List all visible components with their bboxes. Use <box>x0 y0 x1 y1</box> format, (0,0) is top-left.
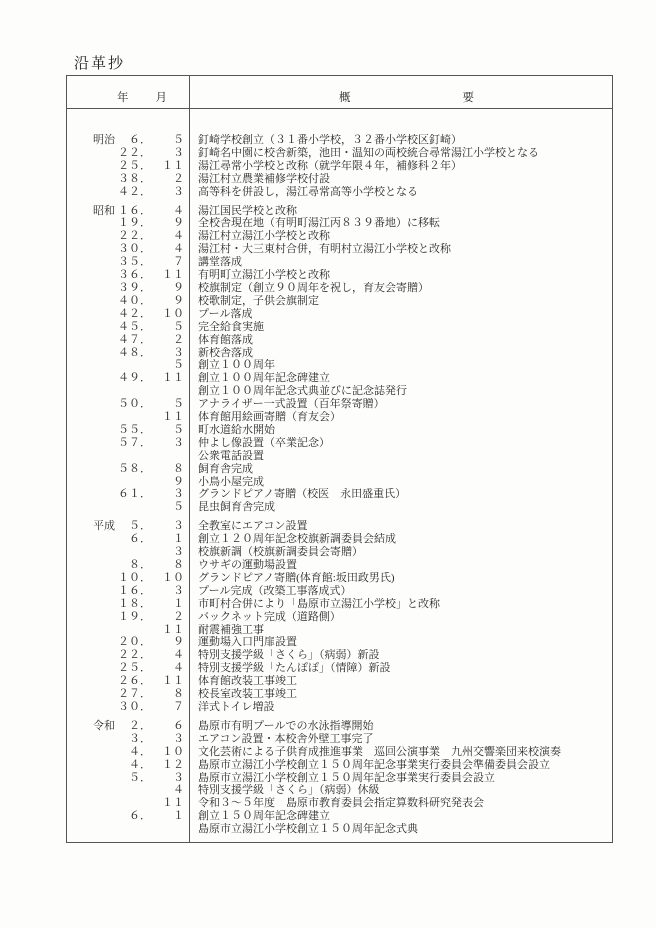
date-cell: 令和 ２ ６ <box>67 720 189 733</box>
page-title: 沿革抄 <box>74 52 125 73</box>
date-cell: ２６ １１ <box>67 675 189 688</box>
event-text: 新校舎落成 <box>189 347 612 360</box>
event-text: 湯江国民学校と改称 <box>189 205 612 218</box>
table-row: ５０ ５ アナライザー一式設置（百年祭寄贈） <box>67 398 612 411</box>
month-value: ５ <box>67 424 184 437</box>
month-value: ３ <box>67 488 184 501</box>
event-text: 体育館用絵画寄贈（育友会） <box>189 411 612 424</box>
date-cell: ３５ ７ <box>67 256 189 269</box>
table-row: ４２ ３ 高等科を併設し，湯江尋常高等小学校となる <box>67 186 612 199</box>
event-text: 全校舎現在地（有明町湯江丙８３９番地）に移転 <box>189 217 612 230</box>
date-cell <box>67 450 189 463</box>
month-value: ９ <box>67 282 184 295</box>
event-text: 高等科を併設し，湯江尋常高等小学校となる <box>189 186 612 199</box>
table-row: ４０ ９ 校歌制定，子供会旗制定 <box>67 295 612 308</box>
month-value: ８ <box>67 463 184 476</box>
event-text: 創立１００周年 <box>189 359 612 372</box>
date-cell: ６１ ３ <box>67 488 189 501</box>
table-row: ４ １０ 文化芸術による子供育成推進事業 巡回公演事業 九州交響楽団来校演奏 <box>67 746 612 759</box>
month-value: １ <box>67 810 184 823</box>
event-text: 町水道給水開始 <box>189 424 612 437</box>
date-cell: ２７ ８ <box>67 688 189 701</box>
event-text: ウサギの運動場設置 <box>189 559 612 572</box>
month-value: ５ <box>67 134 184 147</box>
date-cell: ３０ ４ <box>67 243 189 256</box>
month-value: ３ <box>67 347 184 360</box>
date-cell: ５ ３ <box>67 772 189 785</box>
month-value: ９ <box>67 636 184 649</box>
table-row: １１ 令和３～５年度 島原市教育委員会指定算数科研究発表会 <box>67 797 612 810</box>
table-row: 島原市立湯江小学校創立１５０周年記念式典 <box>67 823 612 836</box>
month-value: ２ <box>67 334 184 347</box>
date-cell: １１ <box>67 624 189 637</box>
month-value: ５ <box>67 359 184 372</box>
table-row: ３８ ２ 湯江村立農業補修学校付設 <box>67 173 612 186</box>
month-value: ７ <box>67 256 184 269</box>
date-cell: ２５ ４ <box>67 662 189 675</box>
table-row: 令和 ２ ６ 島原市有明プールでの水泳指導開始 <box>67 720 612 733</box>
date-cell: ９ <box>67 476 189 489</box>
date-cell: ４２ １０ <box>67 308 189 321</box>
date-cell: ５５ ５ <box>67 424 189 437</box>
date-cell: ５７ ３ <box>67 437 189 450</box>
event-text: 創立１２０周年記念校旗新調委員会結成 <box>189 533 612 546</box>
table-row: ４ 特別支援学級「さくら」（病弱）休級 <box>67 784 612 797</box>
event-text: グランドピアノ寄贈（校医 永田盛重氏） <box>189 488 612 501</box>
table-row: ８ ８ ウサギの運動場設置 <box>67 559 612 572</box>
table-row: １１ 耐震補強工事 <box>67 624 612 637</box>
event-text: 校旗新調（校旗新調委員会寄贈） <box>189 546 612 559</box>
table-row: １１ 体育館用絵画寄贈（育友会） <box>67 411 612 424</box>
table-row: ９ 小鳥小屋完成 <box>67 476 612 489</box>
date-cell: ６ １ <box>67 533 189 546</box>
table-row: ３０ ７ 洋式トイレ増設 <box>67 701 612 714</box>
month-value: １１ <box>67 372 184 385</box>
event-text: 小鳥小屋完成 <box>189 476 612 489</box>
event-text: 創立１００周年記念碑建立 <box>189 372 612 385</box>
event-text: 島原市立湯江小学校創立１５０周年記念事業実行委員会設立 <box>189 772 612 785</box>
table-row: ４ １２ 島原市立湯江小学校創立１５０周年記念事業実行委員会準備委員会設立 <box>67 759 612 772</box>
date-cell: ２２ ４ <box>67 230 189 243</box>
date-cell: ３８ ２ <box>67 173 189 186</box>
event-text: 文化芸術による子供育成推進事業 巡回公演事業 九州交響楽団来校演奏 <box>189 746 612 759</box>
event-text: 体育館改装工事竣工 <box>189 675 612 688</box>
event-text: 耐震補強工事 <box>189 624 612 637</box>
event-text: 特別支援学級「たんぽぽ」（情障）新設 <box>189 662 612 675</box>
date-cell: ３９ ９ <box>67 282 189 295</box>
date-cell: ４ １０ <box>67 746 189 759</box>
date-cell: ８ ８ <box>67 559 189 572</box>
event-text: 飼育舎完成 <box>189 463 612 476</box>
date-cell: ２２ ４ <box>67 649 189 662</box>
date-cell: ２２ ３ <box>67 147 189 160</box>
month-value: １１ <box>67 411 184 424</box>
table-row: ４５ ５ 完全給食実施 <box>67 321 612 334</box>
table-header-row: 年 月 概 要 <box>67 76 612 109</box>
event-text: 令和３～５年度 島原市教育委員会指定算数科研究発表会 <box>189 797 612 810</box>
table-body: 明治 ６ ５ 釘崎学校創立（３１番小学校，３２番小学校区釘崎） ２２ ３ 釘崎名… <box>67 109 612 842</box>
event-text: 昆虫飼育舎完成 <box>189 501 612 514</box>
table-row: ３０ ４ 湯江村・大三東村合併，有明村立湯江小学校と改称 <box>67 243 612 256</box>
month-value: １１ <box>67 675 184 688</box>
table-row: 平成 ５ ３ 全教室にエアコン設置 <box>67 520 612 533</box>
event-text: 運動場入口門扉設置 <box>189 636 612 649</box>
event-text: 仲よし像設置（卒業記念） <box>189 437 612 450</box>
event-text: 校長室改装工事竣工 <box>189 688 612 701</box>
table-row: １９ ２ バックネット完成（道路側） <box>67 611 612 624</box>
event-text: グランドピアノ寄贈(体育館:坂田政男氏) <box>189 572 612 585</box>
date-cell: ４２ ３ <box>67 186 189 199</box>
event-text: 完全給食実施 <box>189 321 612 334</box>
date-cell: ４８ ３ <box>67 347 189 360</box>
summary-column-header: 概 要 <box>189 76 612 108</box>
table-row: ３９ ９ 校旗制定（創立９０周年を祝し，育友会寄贈） <box>67 282 612 295</box>
era-group: 平成 ５ ３ 全教室にエアコン設置 ６ １ 創立１２０周年記念校旗新調委員会結成… <box>67 520 612 714</box>
table-row: ３ ３ エアコン設置・本校舎外壁工事完了 <box>67 733 612 746</box>
table-row: ２７ ８ 校長室改装工事竣工 <box>67 688 612 701</box>
table-row: ２２ ３ 釘崎名中園に校舎新築，池田・温知の両校統合尋常湯江小学校となる <box>67 147 612 160</box>
event-text: 湯江村立湯江小学校と改称 <box>189 230 612 243</box>
date-cell: １１ <box>67 797 189 810</box>
date-cell: ４７ ２ <box>67 334 189 347</box>
table-row: ５７ ３ 仲よし像設置（卒業記念） <box>67 437 612 450</box>
event-text: 釘崎学校創立（３１番小学校，３２番小学校区釘崎） <box>189 134 612 147</box>
table-row: ２５ １１ 湯江尋常小学校と改称（就学年限４年，補修科２年） <box>67 160 612 173</box>
month-value: ５ <box>67 398 184 411</box>
event-text: 校旗制定（創立９０周年を祝し，育友会寄贈） <box>189 282 612 295</box>
table-row: ４９ １１ 創立１００周年記念碑建立 <box>67 372 612 385</box>
month-value: ３ <box>67 772 184 785</box>
month-value: １２ <box>67 759 184 772</box>
table-row: ６１ ３ グランドピアノ寄贈（校医 永田盛重氏） <box>67 488 612 501</box>
table-row: ５８ ８ 飼育舎完成 <box>67 463 612 476</box>
event-text: 特別支援学級「さくら」（病弱）休級 <box>189 784 612 797</box>
event-text: プール完成（改築工事落成式） <box>189 585 612 598</box>
month-value: ８ <box>67 688 184 701</box>
table-row: ２２ ４ 湯江村立湯江小学校と改称 <box>67 230 612 243</box>
event-text: 洋式トイレ増設 <box>189 701 612 714</box>
date-cell: ２５ １１ <box>67 160 189 173</box>
month-value: ２ <box>67 611 184 624</box>
table-row: １０ １０ グランドピアノ寄贈(体育館:坂田政男氏) <box>67 572 612 585</box>
event-text: 島原市有明プールでの水泳指導開始 <box>189 720 612 733</box>
date-cell <box>67 823 189 836</box>
era-group: 令和 ２ ６ 島原市有明プールでの水泳指導開始 ３ ３ エアコン設置・本校舎外壁… <box>67 720 612 836</box>
month-value: ３ <box>67 147 184 160</box>
history-table: 年 月 概 要 明治 ６ ５ 釘崎学校創立（３１番小学校，３２番小学校区釘崎） … <box>66 75 613 843</box>
table-row: ３５ ７ 講堂落成 <box>67 256 612 269</box>
month-value: ４ <box>67 649 184 662</box>
table-row: ５ 昆虫飼育舎完成 <box>67 501 612 514</box>
table-row: ３ 校旗新調（校旗新調委員会寄贈） <box>67 546 612 559</box>
month-value: ３ <box>67 520 184 533</box>
date-cell: １６ ３ <box>67 585 189 598</box>
month-value: ４ <box>67 662 184 675</box>
event-text: アナライザー一式設置（百年祭寄贈） <box>189 398 612 411</box>
month-value: ４ <box>67 784 184 797</box>
era-group: 昭和 １６ ４ 湯江国民学校と改称 １９ ９ 全校舎現在地（有明町湯江丙８３９番… <box>67 205 612 515</box>
month-value: １０ <box>67 308 184 321</box>
month-value: ３ <box>67 186 184 199</box>
date-cell: 明治 ６ ５ <box>67 134 189 147</box>
table-row: ６ １ 創立１２０周年記念校旗新調委員会結成 <box>67 533 612 546</box>
table-row: ２６ １１ 体育館改装工事竣工 <box>67 675 612 688</box>
month-value: ２ <box>67 173 184 186</box>
table-row: ２２ ４ 特別支援学級「さくら」（病弱）新設 <box>67 649 612 662</box>
table-row: ３６ １１ 有明町立湯江小学校と改称 <box>67 269 612 282</box>
table-row: ５ 創立１００周年 <box>67 359 612 372</box>
table-row: ２０ ９ 運動場入口門扉設置 <box>67 636 612 649</box>
event-text: バックネット完成（道路側） <box>189 611 612 624</box>
table-row: ４２ １０ プール落成 <box>67 308 612 321</box>
event-text: 校歌制定，子供会旗制定 <box>189 295 612 308</box>
event-text: 釘崎名中園に校舎新築，池田・温知の両校統合尋常湯江小学校となる <box>189 147 612 160</box>
event-text: 創立１００周年記念式典並びに記念誌発行 <box>189 385 612 398</box>
month-value: ８ <box>67 559 184 572</box>
date-cell: ５ <box>67 501 189 514</box>
summary-header-char-right: 要 <box>463 89 475 105</box>
date-cell: ３ ３ <box>67 733 189 746</box>
event-text: 島原市立湯江小学校創立１５０周年記念事業実行委員会準備委員会設立 <box>189 759 612 772</box>
table-row: １９ ９ 全校舎現在地（有明町湯江丙８３９番地）に移転 <box>67 217 612 230</box>
year-column-header: 年 <box>117 89 129 105</box>
month-value: １１ <box>67 269 184 282</box>
month-value: ５ <box>67 321 184 334</box>
date-cell: 昭和 １６ ４ <box>67 205 189 218</box>
month-value: ７ <box>67 701 184 714</box>
month-value: １１ <box>67 624 184 637</box>
date-cell: ４０ ９ <box>67 295 189 308</box>
table-row: １６ ３ プール完成（改築工事落成式） <box>67 585 612 598</box>
date-cell: １９ ９ <box>67 217 189 230</box>
month-column-header: 月 <box>156 89 168 105</box>
month-value: １０ <box>67 572 184 585</box>
table-row: 創立１００周年記念式典並びに記念誌発行 <box>67 385 612 398</box>
date-cell: ３６ １１ <box>67 269 189 282</box>
table-row: ５ ３ 島原市立湯江小学校創立１５０周年記念事業実行委員会設立 <box>67 772 612 785</box>
month-value: ９ <box>67 476 184 489</box>
month-value: １ <box>67 598 184 611</box>
table-row: ２５ ４ 特別支援学級「たんぽぽ」（情障）新設 <box>67 662 612 675</box>
month-value: ３ <box>67 585 184 598</box>
date-cell: １８ １ <box>67 598 189 611</box>
table-row: ４８ ３ 新校舎落成 <box>67 347 612 360</box>
event-text: 講堂落成 <box>189 256 612 269</box>
event-text: 創立１５０周年記念碑建立 <box>189 810 612 823</box>
table-row: １８ １ 市町村合併により「島原市立湯江小学校」と改称 <box>67 598 612 611</box>
table-row: 昭和 １６ ４ 湯江国民学校と改称 <box>67 205 612 218</box>
date-cell: ４ <box>67 784 189 797</box>
summary-header-char-left: 概 <box>339 89 351 105</box>
event-text: 体育館落成 <box>189 334 612 347</box>
date-cell: １９ ２ <box>67 611 189 624</box>
date-cell: ５ <box>67 359 189 372</box>
date-cell: ５０ ５ <box>67 398 189 411</box>
document-page: 沿革抄 年 月 概 要 明治 ６ ５ 釘崎学校創立（３１番小学校，３２番小学校区… <box>0 0 656 928</box>
event-text: 湯江尋常小学校と改称（就学年限４年，補修科２年） <box>189 160 612 173</box>
event-text: プール落成 <box>189 308 612 321</box>
month-value: ４ <box>67 230 184 243</box>
date-cell: ３ <box>67 546 189 559</box>
date-column-header: 年 月 <box>67 76 189 108</box>
date-cell: １１ <box>67 411 189 424</box>
date-cell: 平成 ５ ３ <box>67 520 189 533</box>
month-value: ９ <box>67 217 184 230</box>
month-value: １０ <box>67 746 184 759</box>
month-value: １ <box>67 533 184 546</box>
date-cell: ３０ ７ <box>67 701 189 714</box>
date-cell <box>67 385 189 398</box>
month-value: ４ <box>67 205 184 218</box>
event-text: 湯江村立農業補修学校付設 <box>189 173 612 186</box>
month-value: ６ <box>67 720 184 733</box>
month-value: １１ <box>67 160 184 173</box>
month-value: ３ <box>67 546 184 559</box>
event-text: 有明町立湯江小学校と改称 <box>189 269 612 282</box>
era-group: 明治 ６ ５ 釘崎学校創立（３１番小学校，３２番小学校区釘崎） ２２ ３ 釘崎名… <box>67 134 612 199</box>
month-value: ４ <box>67 243 184 256</box>
date-cell: ４９ １１ <box>67 372 189 385</box>
table-row: 明治 ６ ５ 釘崎学校創立（３１番小学校，３２番小学校区釘崎） <box>67 134 612 147</box>
date-cell: ６ １ <box>67 810 189 823</box>
date-cell: ５８ ８ <box>67 463 189 476</box>
date-cell: ２０ ９ <box>67 636 189 649</box>
month-value: ９ <box>67 295 184 308</box>
table-row: ６ １ 創立１５０周年記念碑建立 <box>67 810 612 823</box>
event-text: 市町村合併により「島原市立湯江小学校」と改称 <box>189 598 612 611</box>
month-value: ３ <box>67 733 184 746</box>
event-text: 公衆電話設置 <box>189 450 612 463</box>
table-row: ５５ ５ 町水道給水開始 <box>67 424 612 437</box>
date-cell: ４５ ５ <box>67 321 189 334</box>
date-cell: ４ １２ <box>67 759 189 772</box>
date-cell: １０ １０ <box>67 572 189 585</box>
event-text: 湯江村・大三東村合併，有明村立湯江小学校と改称 <box>189 243 612 256</box>
event-text: 特別支援学級「さくら」（病弱）新設 <box>189 649 612 662</box>
month-value: ３ <box>67 437 184 450</box>
table-row: ４７ ２ 体育館落成 <box>67 334 612 347</box>
month-value: １１ <box>67 797 184 810</box>
table-row: 公衆電話設置 <box>67 450 612 463</box>
event-text: 全教室にエアコン設置 <box>189 520 612 533</box>
event-text: エアコン設置・本校舎外壁工事完了 <box>189 733 612 746</box>
event-text: 島原市立湯江小学校創立１５０周年記念式典 <box>189 823 612 836</box>
month-value: ５ <box>67 501 184 514</box>
